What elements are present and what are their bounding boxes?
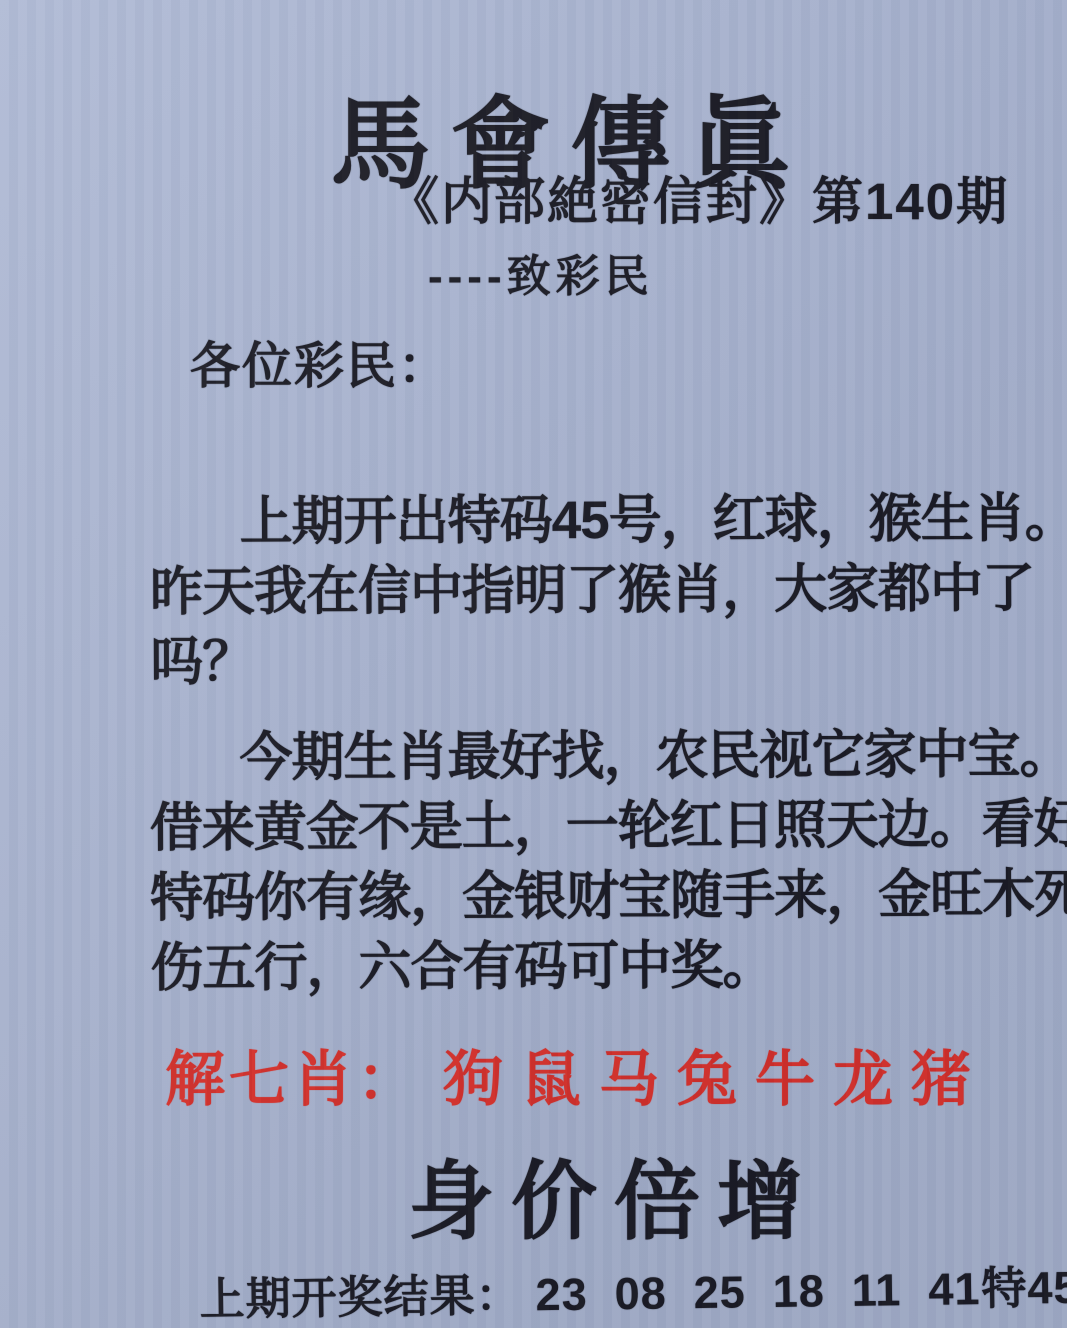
last-draw-label: 上期开奖结果： [199, 1259, 522, 1328]
paragraph-line: 伤五行，六合有码可中奖。 [150, 930, 1040, 1004]
seven-zodiac-line: 解七肖：狗鼠马兔牛龙猪 [165, 1032, 989, 1118]
paragraph-previous-result: 上期开出特码45号，红球，猴生肖。 昨天我在信中指明了猴肖，大家都中了 吗？ [150, 484, 1041, 698]
fax-document-scan: 馬會傳眞 《内部絶密信封》第140期 ----致彩民 各位彩民： 上期开出特码4… [0, 0, 1067, 1328]
draw-number: 18 [772, 1265, 825, 1318]
draw-number: 08 [614, 1267, 667, 1320]
paragraph-line: 借来黄金不是土，一轮红日照天边。看好 [150, 790, 1040, 864]
paragraph-line: 上期开出特码45号，红球，猴生肖。 [150, 484, 1040, 558]
paragraph-line: 吗？ [150, 624, 1040, 698]
paragraph-line: 特码你有缘，金银财宝随手来，金旺木死 [150, 860, 1040, 934]
paragraph-line: 今期生肖最好找，农民视它家中宝。 [149, 720, 1039, 794]
slogan: 身价倍增 [408, 1132, 820, 1256]
special-number-prefix: 特 [981, 1251, 1028, 1317]
document-subtitle: 《内部絶密信封》第140期 [388, 160, 1009, 234]
draw-number: 25 [693, 1266, 746, 1319]
seven-zodiac-label: 解七肖： [165, 1046, 421, 1113]
draw-number: 41 [928, 1263, 981, 1316]
paragraph-line: 昨天我在信中指明了猴肖，大家都中了 [150, 554, 1040, 628]
draw-number: 23 [535, 1269, 588, 1322]
special-number: 45 [1027, 1262, 1067, 1315]
draw-number: 11 [851, 1264, 901, 1317]
paragraph-current-hint: 今期生肖最好找，农民视它家中宝。 借来黄金不是土，一轮红日照天边。看好 特码你有… [149, 720, 1040, 1004]
dedication-line: ----致彩民 [428, 240, 654, 304]
last-draw-result-line: 上期开奖结果： 23 08 25 18 11 41 特45 [199, 1251, 1067, 1328]
salutation: 各位彩民： [190, 326, 450, 398]
seven-zodiac-animals: 狗鼠马兔牛龙猪 [443, 1046, 989, 1113]
